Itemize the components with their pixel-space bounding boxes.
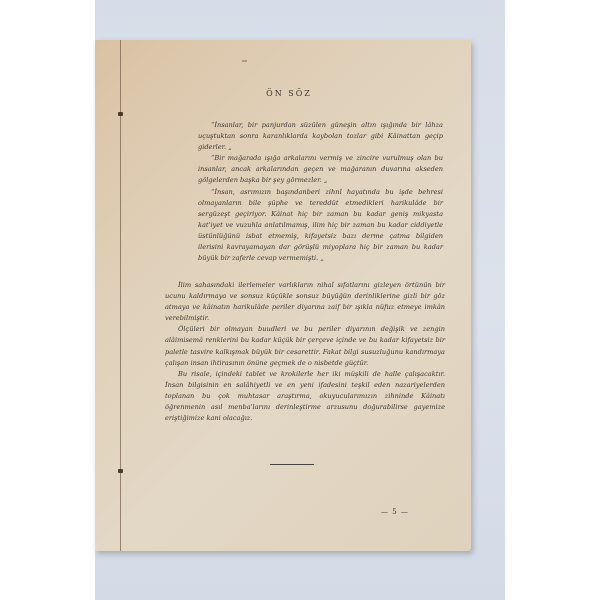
page-binding-fold — [120, 40, 121, 551]
staple-top — [118, 112, 123, 116]
quote-1: “İnsanlar, bir panjurdan süzülen güneşin… — [198, 120, 443, 153]
preface-body: İlim sahasındaki ilerlemeler varlıkların… — [165, 280, 445, 424]
page-title: ÖN SÖZ — [95, 89, 471, 98]
section-divider — [270, 464, 314, 465]
page-number: — 5 — — [381, 508, 409, 516]
book-page: ÖN SÖZ “İnsanlar, bir panjurdan süzülen … — [95, 40, 471, 551]
quote-2: “Bir mağarada ışığa arkalarını vermiş ve… — [198, 153, 443, 186]
paragraph-3: Bu risale, içindeki tablet ve krokilerle… — [165, 369, 445, 424]
paragraph-1: İlim sahasındaki ilerlemeler varlıkların… — [165, 280, 445, 324]
paragraph-2: Ölçüleri bir olmayan buudleri ve bu peri… — [165, 324, 445, 368]
paper-blemish — [242, 60, 247, 62]
quote-3: “İnsan, asrımızın başındanberi zihnî hay… — [198, 187, 443, 265]
epigraph-quotes: “İnsanlar, bir panjurdan süzülen güneşin… — [198, 120, 443, 264]
staple-bottom — [118, 469, 123, 473]
